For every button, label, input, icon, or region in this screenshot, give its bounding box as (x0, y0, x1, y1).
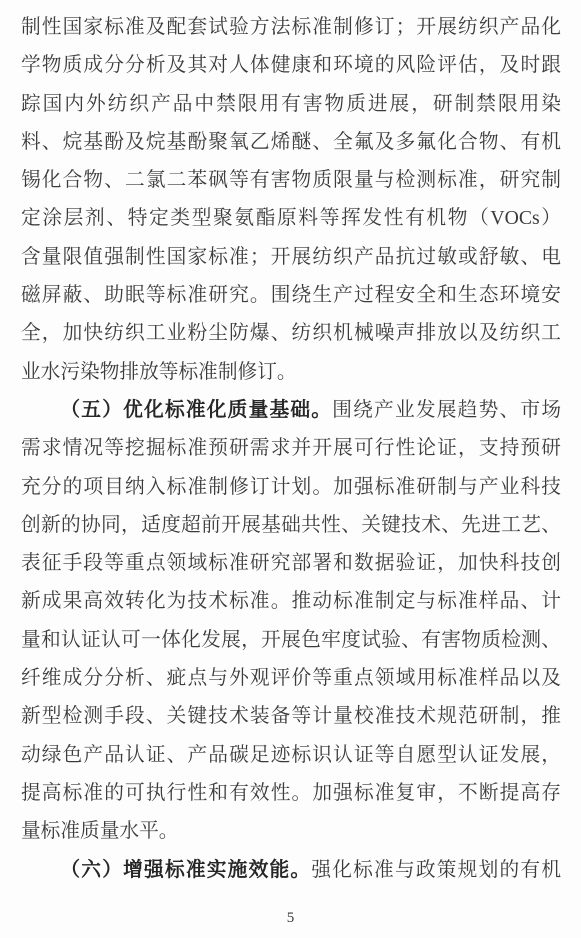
section-6-heading: （六）增强标准实施效能。 (60, 859, 311, 881)
doc-line-19: 新型检测手段、关键技术装备等计量校准技术规范研制，推 (21, 697, 561, 735)
doc-line-16: 新成果高效转化为技术标准。推动标准制定与标准样品、计 (21, 582, 561, 620)
doc-line-5: 锡化合物、二氯二苯砜等有害物质限量与检测标准，研究制 (21, 161, 561, 199)
doc-line-13: 充分的项目纳入标准制修订计划。加强标准研制与产业科技 (21, 468, 561, 506)
text-block: 制性国家标准及配套试验方法标准制修订；开展纺织产品化 学物质成分分析及其对人体健… (21, 8, 561, 889)
doc-line-22: 量标准质量水平。 (21, 812, 561, 850)
doc-line-20: 动绿色产品认证、产品碳足迹标识认证等自愿型认证发展， (21, 736, 561, 774)
doc-line-23-section-6: （六）增强标准实施效能。强化标准与政策规划的有机 (21, 851, 561, 889)
doc-line-4: 料、烷基酚及烷基酚聚氧乙烯醚、全氟及多氟化合物、有机 (21, 123, 561, 161)
section-6-lead-text: 强化标准与政策规划的有机 (311, 859, 561, 881)
doc-line-10: 业水污染物排放等标准制修订。 (21, 353, 561, 391)
doc-line-18: 纤维成分分析、疵点与外观评价等重点领域用标准样品以及 (21, 659, 561, 697)
doc-line-9: 全，加快纺织工业粉尘防爆、纺织机械噪声排放以及纺织工 (21, 314, 561, 352)
doc-line-2: 学物质成分分析及其对人体健康和环境的风险评估，及时跟 (21, 46, 561, 84)
page-number: 5 (0, 906, 581, 930)
doc-line-14: 创新的协同，适度超前开展基础共性、关键技术、先进工艺、 (21, 506, 561, 544)
document-page: 制性国家标准及配套试验方法标准制修订；开展纺织产品化 学物质成分分析及其对人体健… (0, 0, 581, 938)
doc-line-8: 磁屏蔽、助眠等标准研究。围绕生产过程安全和生态环境安 (21, 276, 561, 314)
doc-line-17: 量和认证认可一体化发展，开展色牢度试验、有害物质检测、 (21, 621, 561, 659)
doc-line-21: 提高标准的可执行性和有效性。加强标准复审，不断提高存 (21, 774, 561, 812)
doc-line-6: 定涂层剂、特定类型聚氨酯原料等挥发性有机物（VOCs） (21, 199, 561, 237)
section-5-heading: （五）优化标准化质量基础。 (60, 399, 332, 421)
doc-line-11-section-5: （五）优化标准化质量基础。围绕产业发展趋势、市场 (21, 391, 561, 429)
doc-line-3: 踪国内外纺织产品中禁限用有害物质进展，研制禁限用染 (21, 85, 561, 123)
doc-line-15: 表征手段等重点领域标准研究部署和数据验证，加快科技创 (21, 544, 561, 582)
doc-line-12: 需求情况等挖掘标准预研需求并开展可行性论证，支持预研 (21, 429, 561, 467)
doc-line-7: 含量限值强制性国家标准；开展纺织产品抗过敏或舒敏、电 (21, 238, 561, 276)
doc-line-1: 制性国家标准及配套试验方法标准制修订；开展纺织产品化 (21, 8, 561, 46)
section-5-lead-text: 围绕产业发展趋势、市场 (332, 399, 561, 421)
